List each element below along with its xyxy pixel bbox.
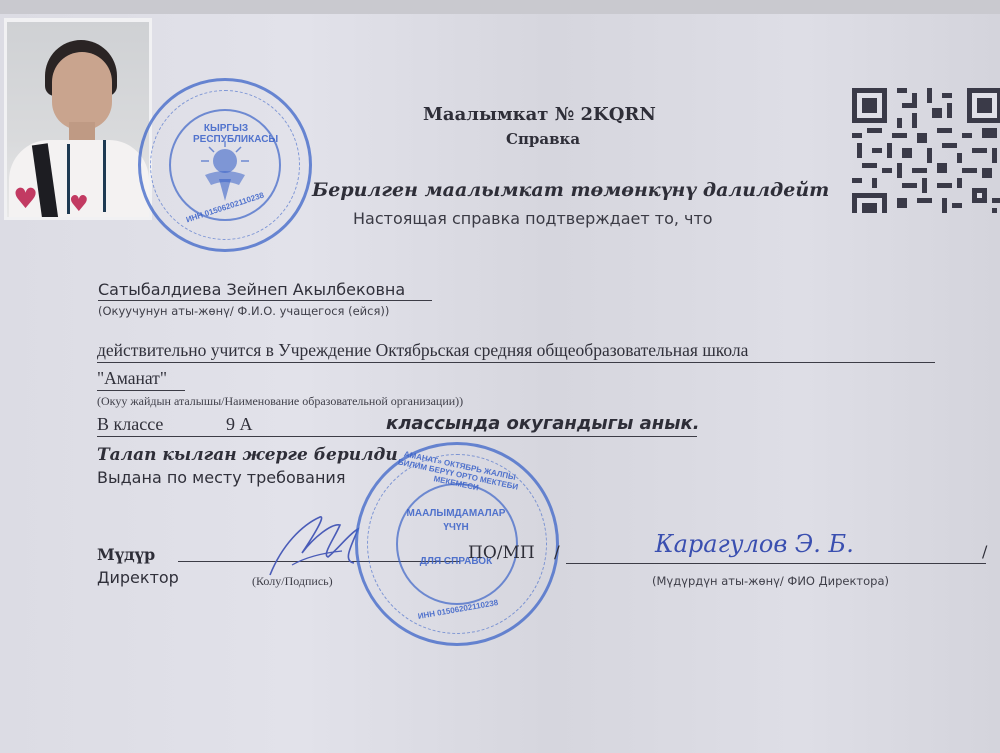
ru-statement: Настоящая справка подтверждает то, что bbox=[353, 209, 713, 228]
issued-ru: Выдана по месту требования bbox=[97, 468, 345, 487]
student-name-caption: (Окуучунун аты-жөнү/ Ф.И.О. учащегося (е… bbox=[98, 304, 389, 318]
director-name-handwritten: Карагулов Э. Б. bbox=[655, 530, 854, 558]
student-photo: ♥ ♥ bbox=[7, 22, 149, 217]
document-subtitle: Справка bbox=[506, 130, 580, 148]
director-name-line bbox=[566, 562, 986, 564]
heart-icon: ♥ bbox=[69, 192, 89, 217]
director-name-caption: (Мүдүрдүн аты-жөнү/ ФИО Директора) bbox=[652, 574, 889, 588]
student-name: Сатыбалдиева Зейнеп Акылбековна bbox=[98, 280, 432, 301]
end-slash: / bbox=[982, 542, 987, 561]
role-ru: Директор bbox=[97, 568, 179, 587]
seal-label: ПО/МП bbox=[468, 543, 535, 563]
slash-separator: / bbox=[554, 543, 560, 563]
school-line-1: действительно учится в Учреждение Октябр… bbox=[97, 340, 935, 363]
class-value: 9 А bbox=[226, 414, 253, 435]
class-kg-suffix: классында окугандыгы анык. bbox=[386, 413, 700, 434]
official-seal-top: КЫРГЫЗ РЕСПУБЛИКАСЫ ИНН 01506202110238 bbox=[138, 78, 312, 252]
qr-code bbox=[852, 88, 1000, 213]
class-label: В классе bbox=[97, 414, 163, 435]
document-title: Маалымкат № 2KQRN bbox=[423, 104, 656, 125]
school-line-2: "Аманат" bbox=[97, 368, 185, 391]
kg-statement: Берилген маалымкат төмөнкүнү далилдейт bbox=[312, 179, 829, 201]
paper-edge bbox=[0, 0, 1000, 14]
role-kg: Мүдүр bbox=[97, 545, 155, 564]
heart-icon: ♥ bbox=[13, 182, 38, 215]
issued-kg: Талап кылган жерге берилди bbox=[97, 445, 398, 465]
school-caption: (Окуу жайдын аталышы/Наименование образо… bbox=[97, 394, 463, 409]
seal-center-kg: МААЛЫМДАМАЛАР ҮЧҮН bbox=[406, 507, 506, 535]
